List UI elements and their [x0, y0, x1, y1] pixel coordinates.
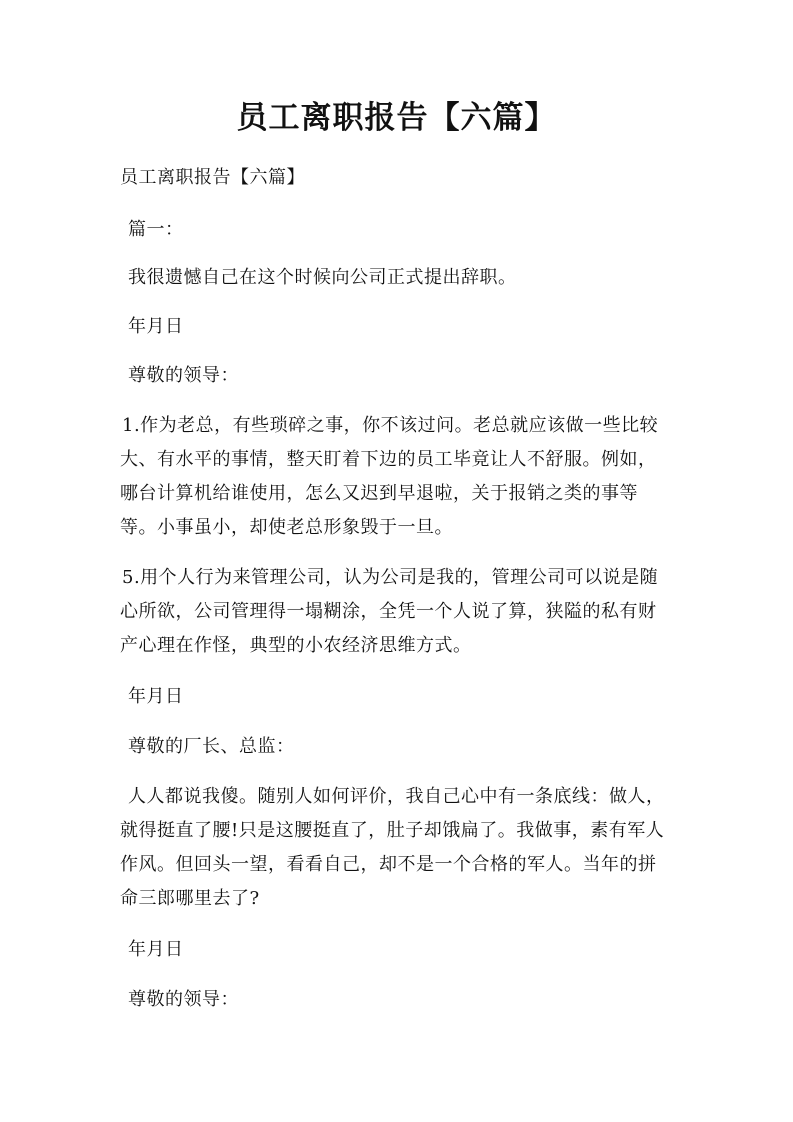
paragraph-3-line-2: 就得挺直了腰!只是这腰挺直了，肚子却饿扁了。我做事，素有军人	[120, 819, 664, 843]
paragraph-1-line-4: 等。小事虽小，却使老总形象毁于一旦。	[120, 516, 453, 540]
document-title: 员工离职报告【六篇】	[0, 92, 793, 137]
paragraph-2-line-3: 产心理在作怪，典型的小农经济思维方式。	[120, 634, 472, 658]
paragraph-1-line-1: 1.作为老总，有些琐碎之事，你不该过问。老总就应该做一些比较	[122, 414, 658, 438]
paragraph-3-line-4: 命三郎哪里去了?	[120, 887, 260, 911]
paragraph-1-line-3: 哪台计算机给谁使用，怎么又迟到早退啦，关于报销之类的事等	[120, 482, 638, 506]
opening-sentence: 我很遗憾自己在这个时候向公司正式提出辞职。	[128, 266, 517, 290]
date-line-2: 年月日	[128, 685, 184, 709]
section-label: 篇一：	[128, 218, 184, 242]
paragraph-1-line-2: 大、有水平的事情，整天盯着下边的员工毕竟让人不舒服。例如，	[120, 448, 657, 472]
date-line-3: 年月日	[128, 938, 184, 962]
document-page: 员工离职报告【六篇】 员工离职报告【六篇】 篇一： 我很遗憾自己在这个时候向公司…	[0, 0, 793, 1122]
salutation-2: 尊敬的厂长、总监：	[128, 735, 295, 759]
paragraph-3-line-1: 人人都说我傻。随别人如何评价，我自己心中有一条底线：做人，	[128, 785, 665, 809]
document-subtitle: 员工离职报告【六篇】	[120, 166, 305, 190]
salutation-3: 尊敬的领导：	[128, 988, 239, 1012]
paragraph-3-line-3: 作风。但回头一望，看看自己，却不是一个合格的军人。当年的拼	[120, 853, 657, 877]
date-line-1: 年月日	[128, 315, 184, 339]
salutation-1: 尊敬的领导：	[128, 364, 239, 388]
paragraph-2-line-2: 心所欲，公司管理得一塌糊涂，全凭一个人说了算，狭隘的私有财	[120, 600, 657, 624]
paragraph-2-line-1: 5.用个人行为来管理公司，认为公司是我的，管理公司可以说是随	[122, 566, 658, 590]
